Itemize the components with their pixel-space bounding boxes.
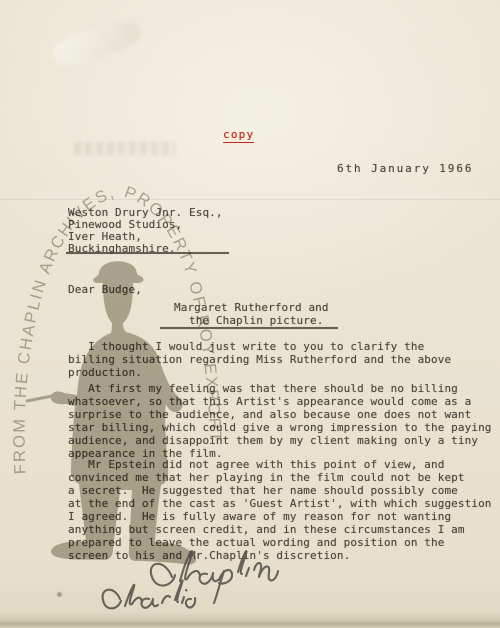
copy-stamp: copy — [223, 128, 254, 143]
typewritten-line: whatsoever, so that this Artist's appear… — [68, 395, 492, 408]
cane-icon — [27, 396, 52, 401]
typewritten-line: convinced me that her playing in the fil… — [68, 471, 492, 484]
paragraph-3: Mr Epstein did not agree with this point… — [68, 458, 492, 562]
typewritten-line: I thought I would just write to you to c… — [68, 340, 451, 353]
subject-underline — [160, 327, 338, 329]
typewritten-line: production. — [68, 366, 451, 379]
paragraph-2: At first my feeling was that there shoul… — [68, 382, 492, 460]
date-line: 6th January 1966 — [337, 162, 473, 175]
address-underline — [66, 252, 229, 254]
typewritten-line: At first my feeling was that there shoul… — [68, 382, 492, 395]
typewritten-line: screen to his and Mr.Chaplin's discretio… — [68, 549, 492, 562]
salutation: Dear Budge, — [68, 283, 142, 296]
paragraph-1: I thought I would just write to you to c… — [68, 340, 451, 379]
scanned-letter-page: copy 6th January 1966 Weston Drury Jnr. … — [0, 0, 500, 628]
paper-crease-line — [0, 197, 500, 200]
paper-scuff-mark — [50, 15, 145, 71]
typewritten-line: anything but screen credit, and in these… — [68, 523, 492, 536]
typewritten-line: surprise to the audience, and also becau… — [68, 408, 492, 421]
typewritten-line: at the end of the cast as 'Guest Artist'… — [68, 497, 492, 510]
typewritten-line: prepared to leave the actual wording and… — [68, 536, 492, 549]
typewritten-line: audience, and disappoint them by my clie… — [68, 434, 492, 447]
recipient-address: Weston Drury Jnr. Esq.,Pinewood Studios,… — [68, 207, 223, 255]
subject-line-2: the Chaplin picture. — [189, 314, 323, 327]
typewritten-line: I agreed. He is fully aware of my reason… — [68, 510, 492, 523]
ink-dot — [57, 592, 62, 597]
typewritten-line: star billing, which could give a wrong i… — [68, 421, 492, 434]
typewritten-line: a secret. He suggested that her name sho… — [68, 484, 492, 497]
typewritten-line: Mr Epstein did not agree with this point… — [68, 458, 492, 471]
page-bottom-edge — [0, 612, 500, 628]
subject-line-1: Margaret Rutherford and — [174, 301, 329, 314]
faded-ink-smudge — [74, 142, 176, 155]
typewritten-line: billing situation regarding Miss Rutherf… — [68, 353, 451, 366]
